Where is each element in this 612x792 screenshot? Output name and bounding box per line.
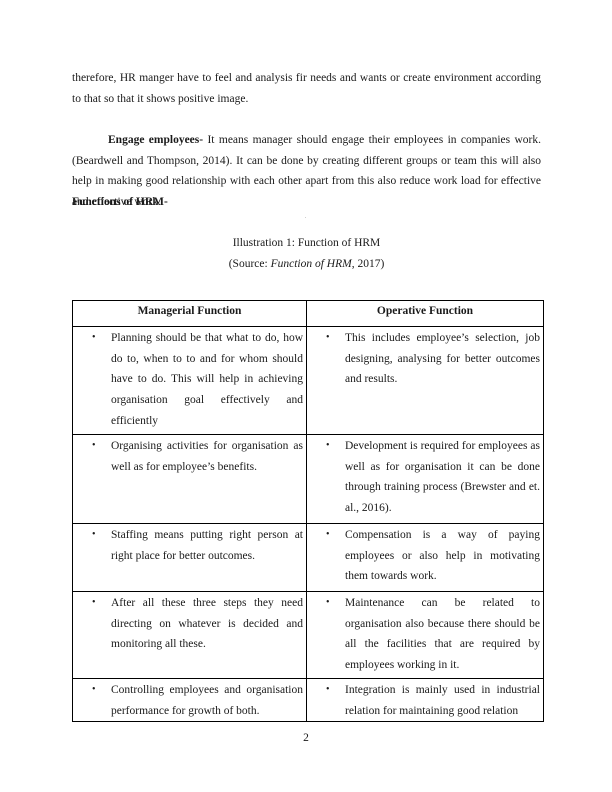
- cell-text: After all these three steps they need di…: [111, 597, 303, 650]
- operative-cell: •Compensation is a way of paying employe…: [307, 524, 544, 592]
- bullet-icon: •: [326, 593, 330, 614]
- managerial-cell: •Planning should be that what to do, how…: [73, 327, 307, 435]
- cell-text: Compensation is a way of paying employee…: [345, 529, 540, 582]
- engage-employees-term: Engage employees-: [108, 134, 203, 146]
- bullet-icon: •: [92, 593, 96, 614]
- bullet-icon: •: [92, 680, 96, 701]
- table-row: •After all these three steps they need d…: [73, 592, 544, 679]
- operative-cell: •Maintenance can be related to organisat…: [307, 592, 544, 679]
- managerial-cell: •Organising activities for organisation …: [73, 435, 307, 524]
- bullet-icon: •: [326, 525, 330, 546]
- managerial-cell: •After all these three steps they need d…: [73, 592, 307, 679]
- cell-text: Controlling employees and organisation p…: [111, 684, 303, 717]
- image-placeholder-dot: [305, 217, 306, 218]
- cell-text: Organising activities for organisation a…: [111, 440, 303, 473]
- page-number: 2: [0, 728, 612, 748]
- operative-cell: •Integration is mainly used in industria…: [307, 679, 544, 722]
- illustration-source: (Source: Function of HRM, 2017): [72, 254, 541, 275]
- cell-text: Staffing means putting right person at r…: [111, 529, 303, 562]
- managerial-cell: •Staffing means putting right person at …: [73, 524, 307, 592]
- bullet-icon: •: [326, 328, 330, 349]
- table-row: •Organising activities for organisation …: [73, 435, 544, 524]
- hrm-functions-table: Managerial Function Operative Function •…: [72, 300, 544, 722]
- section-heading: Functions of HRM-: [72, 192, 168, 213]
- bullet-icon: •: [92, 328, 96, 349]
- source-prefix: (Source:: [229, 258, 271, 270]
- header-operative-function: Operative Function: [307, 301, 544, 327]
- operative-cell: •This includes employee’s selection, job…: [307, 327, 544, 435]
- cell-text: Integration is mainly used in industrial…: [345, 684, 540, 717]
- cell-text: Maintenance can be related to organisati…: [345, 597, 540, 671]
- cell-text: Planning should be that what to do, how …: [111, 332, 303, 427]
- operative-cell: •Development is required for employees a…: [307, 435, 544, 524]
- header-managerial-function: Managerial Function: [73, 301, 307, 327]
- table-row: •Staffing means putting right person at …: [73, 524, 544, 592]
- bullet-icon: •: [92, 525, 96, 546]
- managerial-cell: •Controlling employees and organisation …: [73, 679, 307, 722]
- source-title: Function of HRM: [271, 258, 352, 270]
- table-row: •Controlling employees and organisation …: [73, 679, 544, 722]
- table-row: •Planning should be that what to do, how…: [73, 327, 544, 435]
- bullet-icon: •: [326, 680, 330, 701]
- table-header-row: Managerial Function Operative Function: [73, 301, 544, 327]
- body-paragraph-continuation: therefore, HR manger have to feel and an…: [72, 68, 541, 109]
- source-suffix: , 2017): [352, 258, 385, 270]
- illustration-caption: Illustration 1: Function of HRM: [72, 233, 541, 254]
- bullet-icon: •: [92, 436, 96, 457]
- cell-text: This includes employee’s selection, job …: [345, 332, 540, 385]
- bullet-icon: •: [326, 436, 330, 457]
- cell-text: Development is required for employees as…: [345, 440, 540, 514]
